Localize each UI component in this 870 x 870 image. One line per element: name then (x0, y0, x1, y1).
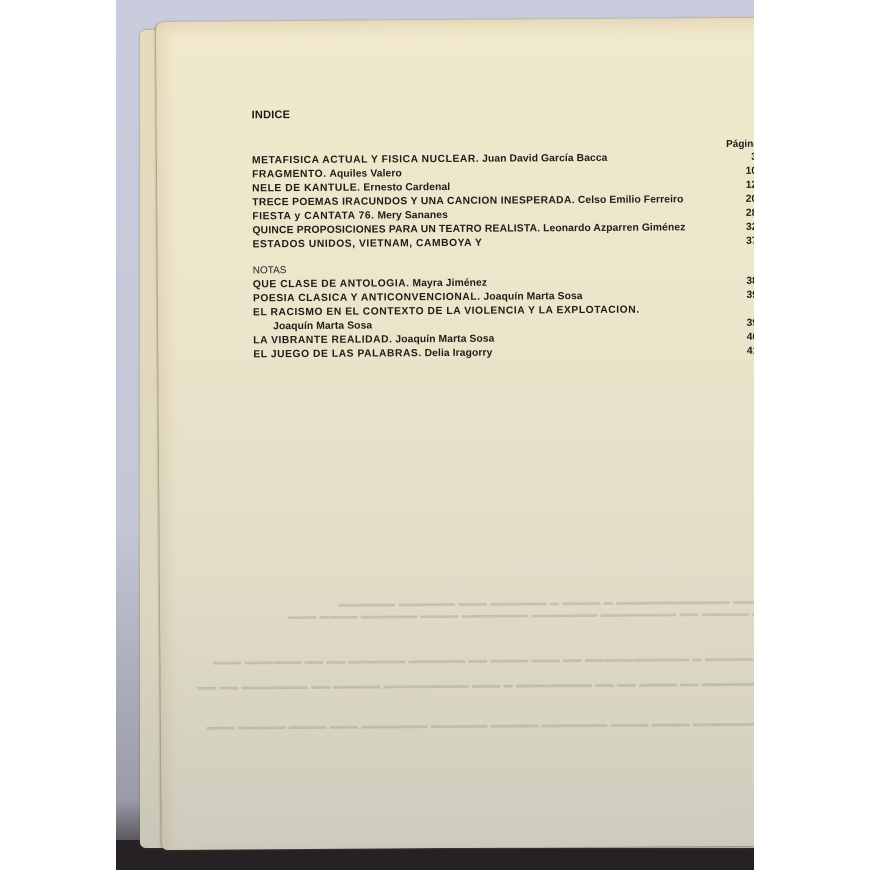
page-column-header: Página (726, 139, 754, 150)
entry-title: QUE CLASE DE ANTOLOGIA. (253, 278, 410, 290)
entry-title: FRAGMENTO. (252, 169, 327, 181)
entry-page: 40 (738, 331, 754, 345)
notas-list: QUE CLASE DE ANTOLOGIA. Mayra Jiménez 38… (253, 275, 754, 363)
entry-title: TRECE POEMAS IRACUNDOS Y UNA CANCION INE… (252, 195, 575, 208)
entry-title: EL JUEGO DE LAS PALABRAS. (253, 348, 421, 360)
bleed-through-text: ▬▬▬ ▬▬▬▬▬ ▬▬ ▬▬▬▬▬▬▬▬ ▬▬▬▬▬▬▬ ▬▬▬▬▬▬▬ ▬▬… (180, 608, 754, 622)
entry-title: LA VIBRANTE REALIDAD. (253, 334, 392, 346)
entry-page: 37 (738, 235, 754, 249)
toc-entry: ESTADOS UNIDOS, VIETNAM, CAMBOYA Y 37 (253, 235, 754, 253)
entry-page: 32 (737, 221, 754, 235)
entry-author: Delia Iragorry (425, 348, 493, 359)
entry-author: Aquiles Valero (329, 168, 401, 180)
notas-heading: NOTAS (253, 265, 287, 276)
entry-title: METAFISICA ACTUAL Y FISICA NUCLEAR. (252, 154, 479, 167)
document-page: INDICE Página METAFISICA ACTUAL Y FISICA… (156, 18, 754, 850)
entry-author: Leonardo Azparren Giménez (543, 222, 685, 234)
index-title: INDICE (252, 109, 291, 121)
entry-title: FIESTA y CANTATA 76. (252, 210, 374, 222)
entry-title: POESIA CLASICA Y ANTICONVENCIONAL. (253, 292, 481, 305)
entry-author: Juan David García Bacca (482, 153, 607, 165)
table-of-contents: INDICE Página METAFISICA ACTUAL Y FISICA… (252, 106, 754, 110)
entry-author: Joaquín Marta Sosa (395, 334, 494, 346)
entry-page: 12 (737, 179, 754, 193)
entry-title: EL RACISMO EN EL CONTEXTO DE LA VIOLENCI… (253, 305, 640, 319)
entry-page: 38 (738, 275, 754, 289)
entry-author: Celso Emilio Ferreiro (578, 194, 684, 206)
entry-page: 39 (738, 317, 754, 331)
nota-entry: EL JUEGO DE LAS PALABRAS. Delia Iragorry… (253, 345, 754, 363)
entry-title: NELE DE KANTULE. (252, 183, 360, 195)
entry-title: ESTADOS UNIDOS, VIETNAM, CAMBOYA Y (253, 238, 483, 251)
entries-list: METAFISICA ACTUAL Y FISICA NUCLEAR. Juan… (252, 151, 754, 253)
entry-author: Joaquín Marta Sosa (273, 320, 372, 332)
entry-page: 20 (737, 193, 754, 207)
entry-page: 3 (737, 151, 754, 165)
entry-author: Ernesto Cardenal (363, 182, 450, 194)
entry-author: Mery Sananes (377, 210, 448, 221)
entry-page: 10 (737, 165, 754, 179)
bleed-through-text: ▬▬▬▬▬▬▬▬ ▬ ▬▬▬▬▬▬▬▬▬▬▬ ▬▬ ▬▬▬ ▬▬▬▬ ▬▬ ▬▬… (180, 653, 754, 667)
entry-title: QUINCE PROPOSICIONES PARA UN TEATRO REAL… (252, 223, 540, 236)
entry-author: Mayra Jiménez (412, 278, 487, 290)
entry-page: 28 (737, 207, 754, 221)
entry-author: Joaquín Marta Sosa (483, 291, 582, 303)
entry-page: 39 (738, 289, 754, 303)
entry-page: 41 (738, 345, 754, 359)
bleed-through-text: ▬▬ ▬▬▬▬▬▬▬ ▬▬▬▬ ▬▬▬▬ ▬▬▬▬▬▬▬ ▬▬▬▬▬ ▬▬▬▬▬… (181, 718, 754, 732)
bleed-through-text: ▬▬ ▬▬▬▬▬▬ ▬▬ ▬▬▬▬ ▬▬ ▬▬ ▬▬▬▬▬▬▬▬ ▬ ▬▬▬ ▬… (181, 678, 754, 692)
photo-background: INDICE Página METAFISICA ACTUAL Y FISICA… (116, 0, 754, 870)
